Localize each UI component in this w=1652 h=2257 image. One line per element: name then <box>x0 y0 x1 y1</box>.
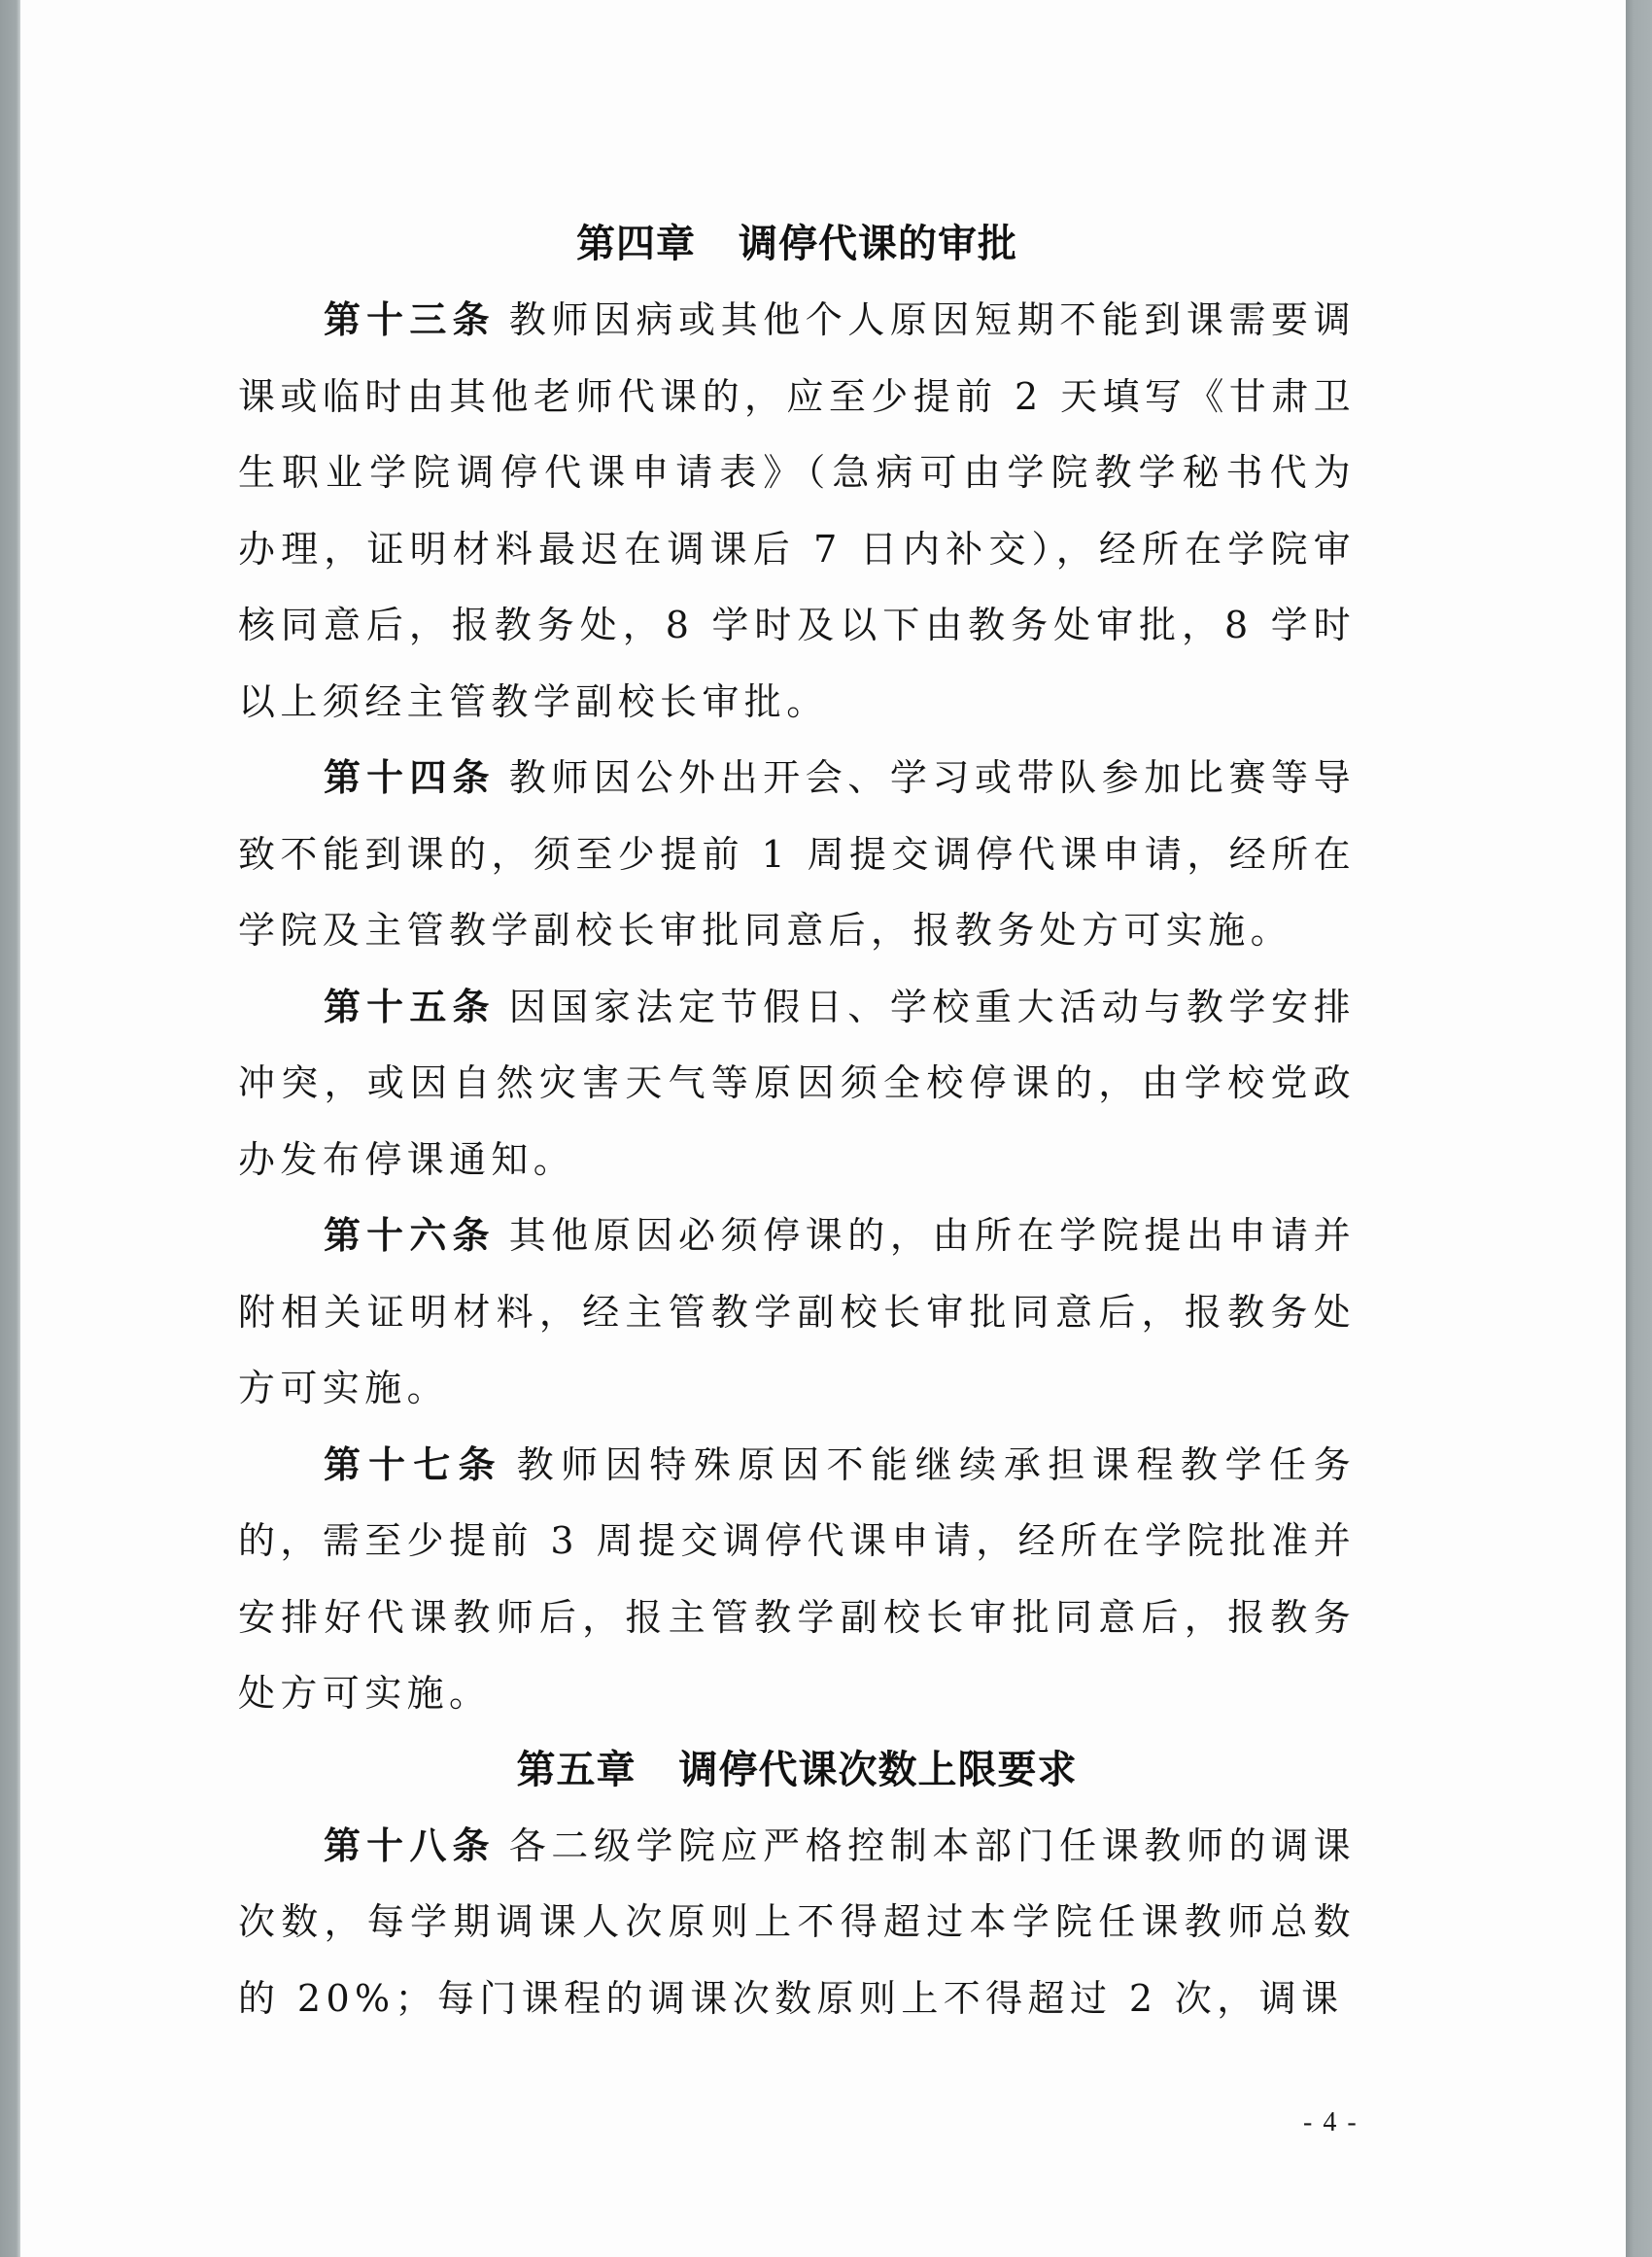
article-number: 第十三条 <box>324 298 496 341</box>
article-13: 第十三条教师因病或其他个人原因短期不能到课需要调课或临时由其他老师代课的，应至少… <box>238 282 1356 740</box>
article-15: 第十五条因国家法定节假日、学校重大活动与教学安排冲突，或因自然灾害天气等原因须全… <box>238 969 1356 1198</box>
page-body: 第四章调停代课的审批 第十三条教师因病或其他个人原因短期不能到课需要调课或临时由… <box>238 206 1356 2036</box>
article-number: 第十七条 <box>324 1443 503 1486</box>
article-number: 第十八条 <box>324 1824 496 1867</box>
article-17: 第十七条教师因特殊原因不能继续承担课程教学任务的，需至少提前 3 周提交调停代课… <box>238 1427 1356 1732</box>
chapter-label: 第五章 <box>517 1748 637 1792</box>
article-text: 教师因病或其他个人原因短期不能到课需要调课或临时由其他老师代课的，应至少提前 2… <box>238 298 1356 723</box>
document-page: 第四章调停代课的审批 第十三条教师因病或其他个人原因短期不能到课需要调课或临时由… <box>20 0 1626 2257</box>
chapter-title: 调停代课的审批 <box>739 222 1017 266</box>
article-18: 第十八条各二级学院应严格控制本部门任课教师的调课次数，每学期调课人次原则上不得超… <box>238 1808 1356 2037</box>
page-number: - 4 - <box>1303 2107 1359 2138</box>
article-16: 第十六条其他原因必须停课的，由所在学院提出申请并附相关证明材料，经主管教学副校长… <box>238 1198 1356 1427</box>
scan-left-edge <box>0 0 20 2257</box>
chapter-label: 第四章 <box>576 222 696 266</box>
article-number: 第十五条 <box>324 986 496 1028</box>
article-14: 第十四条教师因公外出开会、学习或带队参加比赛等导致不能到课的，须至少提前 1 周… <box>238 740 1356 969</box>
chapter-heading-4: 第四章调停代课的审批 <box>238 206 1356 282</box>
article-number: 第十六条 <box>324 1214 496 1257</box>
scan-right-edge <box>1626 0 1652 2257</box>
chapter-title: 调停代课次数上限要求 <box>679 1748 1078 1792</box>
chapter-heading-5: 第五章调停代课次数上限要求 <box>238 1732 1356 1808</box>
article-number: 第十四条 <box>324 756 496 799</box>
